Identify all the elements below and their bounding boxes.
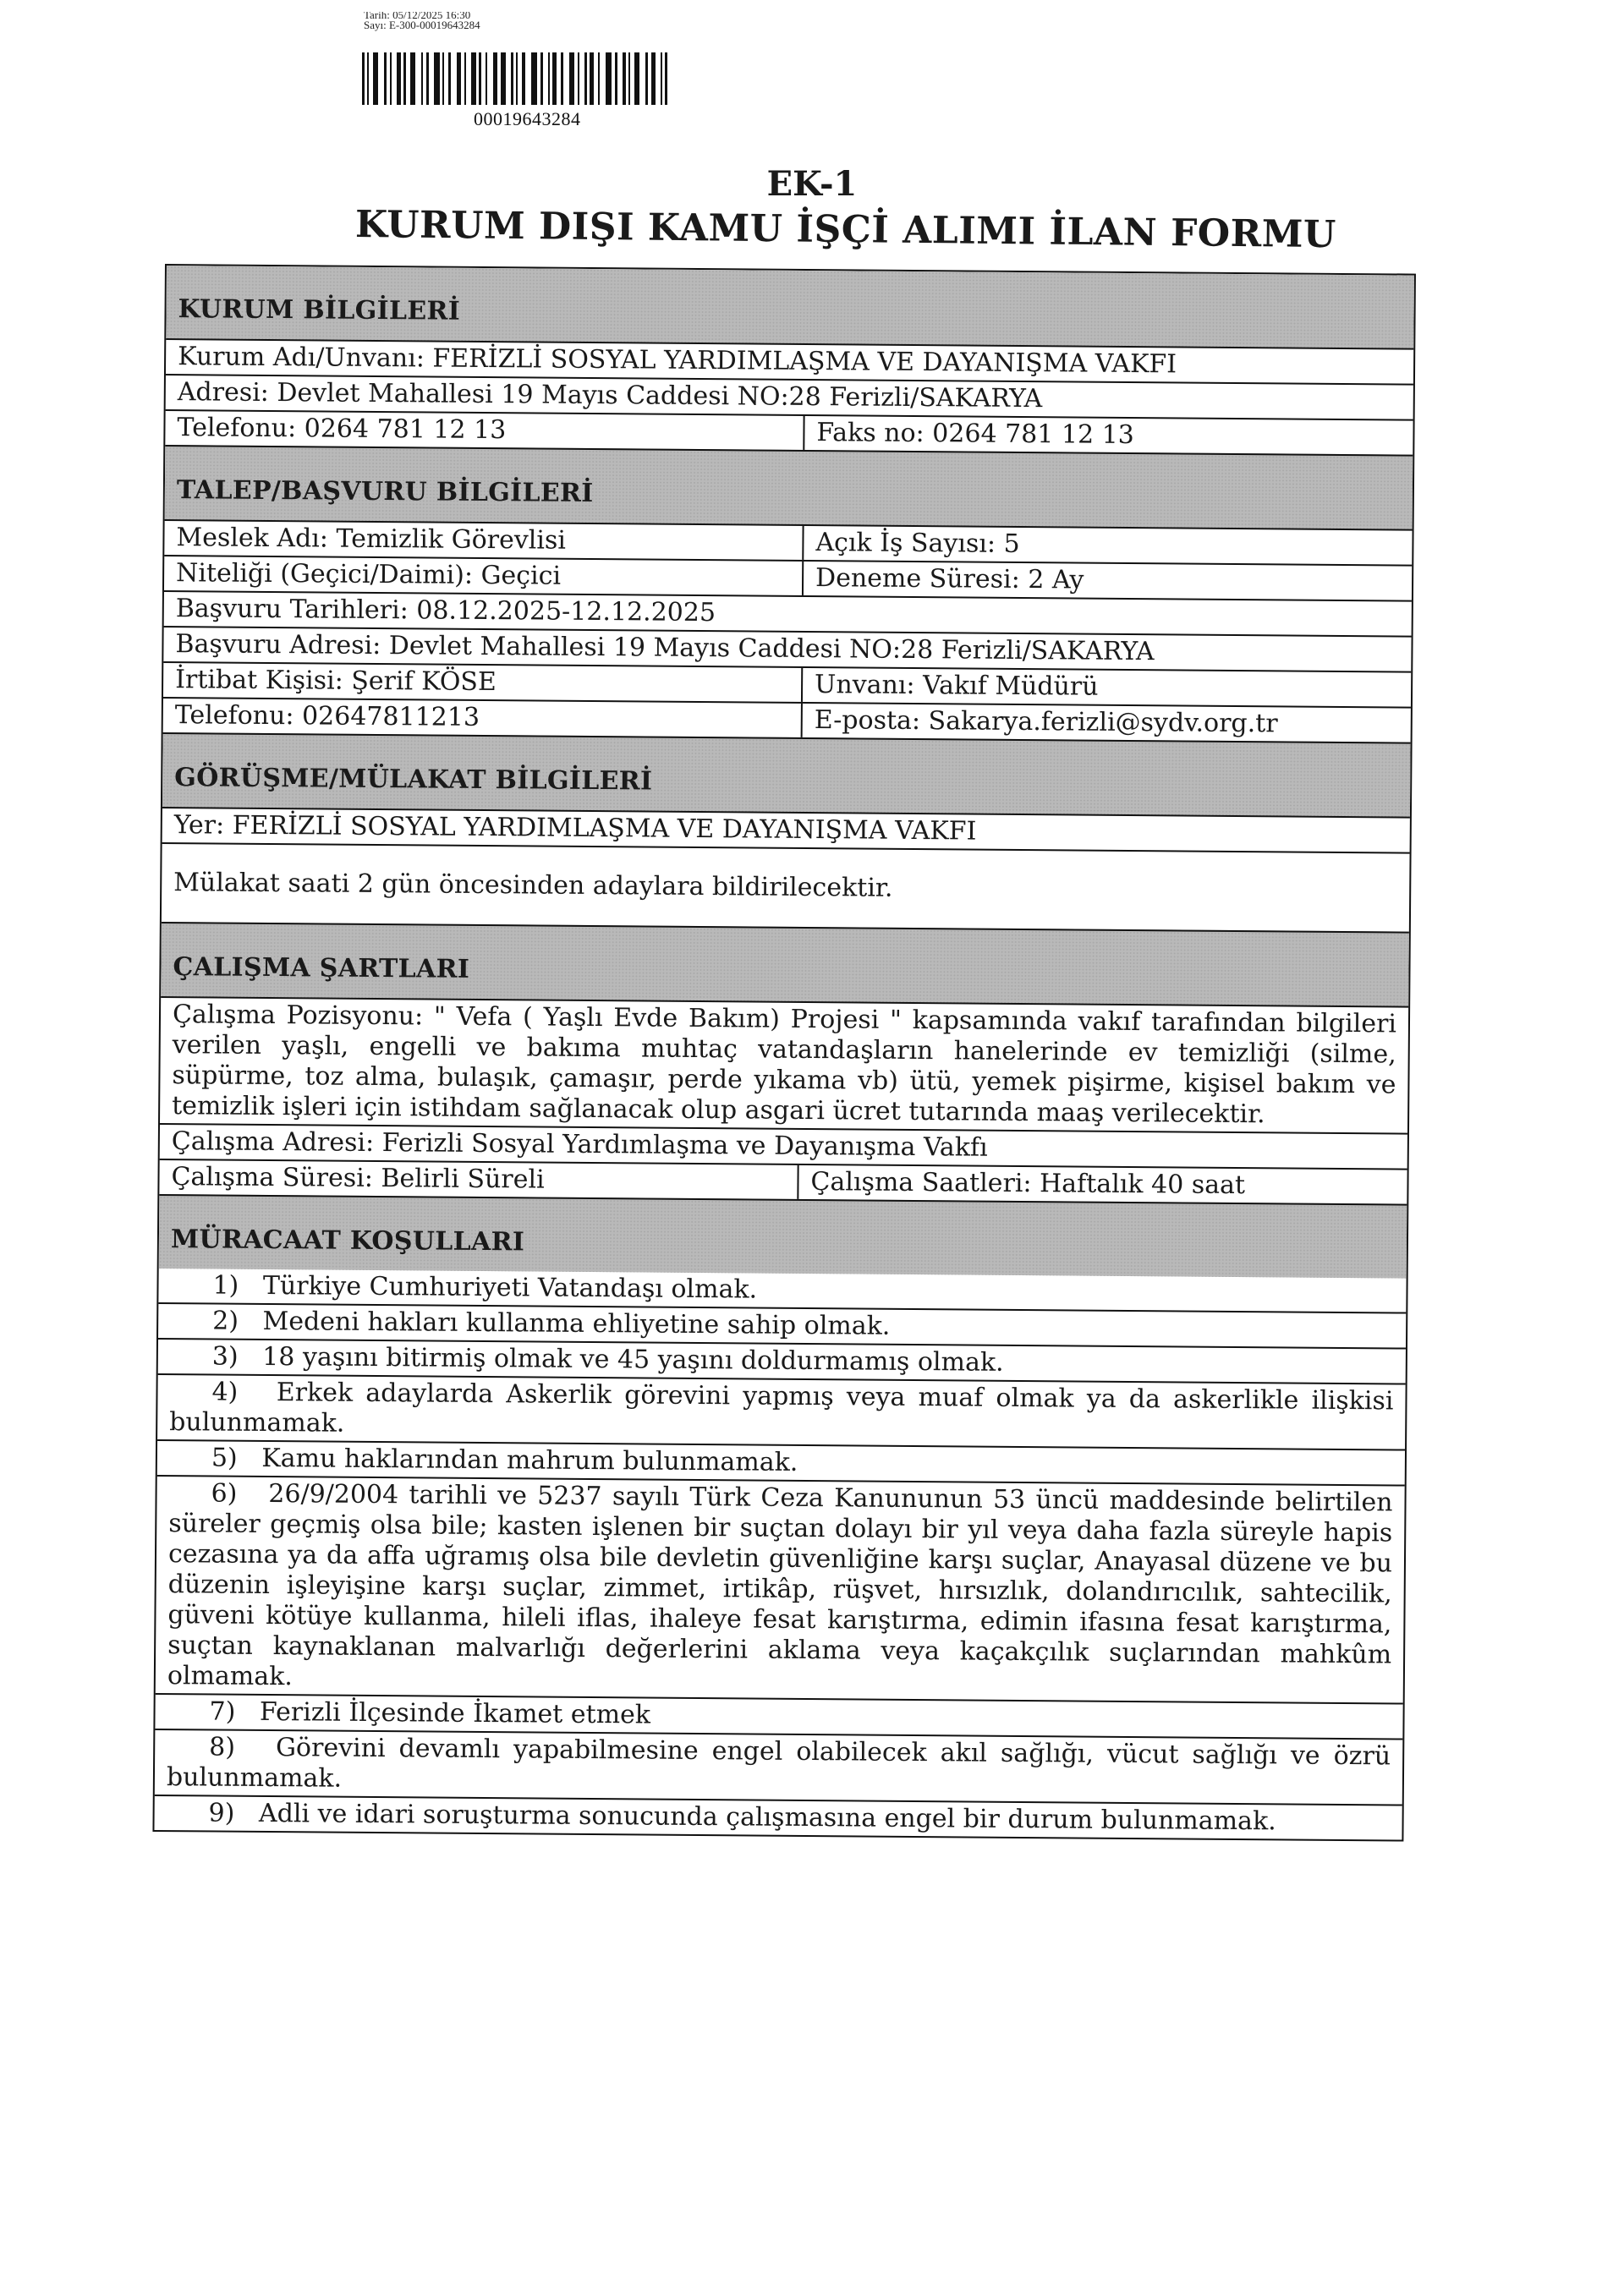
barcode-bar <box>623 52 626 105</box>
barcode-bar <box>501 52 506 105</box>
work-position: Çalışma Pozisyonu: " Vefa ( Yaşlı Evde B… <box>160 998 1408 1133</box>
barcode-bar <box>367 52 369 105</box>
form-row: Mülakat saati 2 gün öncesinden adaylara … <box>162 842 1410 932</box>
employment-type: Niteliği (Geçici/Daimi): Geçici <box>164 556 804 595</box>
work-duration: Çalışma Süresi: Belirli Süreli <box>159 1160 798 1199</box>
barcode-bar <box>362 52 365 105</box>
profession: Meslek Adı: Temizlik Görevlisi <box>164 521 804 560</box>
section-talep: TALEP/BAŞVURU BİLGİLERİ <box>165 445 1413 529</box>
barcode-bar <box>442 52 444 105</box>
barcode-bar <box>584 52 587 105</box>
section-muracaat: MÜRACAAT KOŞULLARI <box>159 1194 1407 1279</box>
conditions-list: 1) Türkiye Cumhuriyeti Vatandaşı olmak.2… <box>154 1269 1406 1840</box>
barcode-bar <box>397 52 401 105</box>
barcode <box>362 52 699 105</box>
document-stamp: Tarih: 05/12/2025 16:30 Sayı: E-300-0001… <box>364 12 480 32</box>
barcode-bar <box>578 52 579 105</box>
barcode-bar <box>561 52 563 105</box>
barcode-bar <box>384 52 387 105</box>
announcement-form: KURUM BİLGİLERİ Kurum Adı/Unvanı: FERİZL… <box>152 264 1416 1842</box>
barcode-bar <box>552 52 557 105</box>
barcode-bar <box>548 52 550 105</box>
barcode-bar <box>590 52 594 105</box>
condition-text: 4) Erkek adaylarda Askerlik görevini yap… <box>157 1375 1406 1449</box>
barcode-bar <box>457 52 461 105</box>
barcode-bar <box>615 52 617 105</box>
open-positions: Açık İş Sayısı: 5 <box>804 526 1412 565</box>
condition-item: 6) 26/9/2004 tarihli ve 5237 sayılı Türk… <box>156 1475 1405 1703</box>
barcode-bar <box>598 52 600 105</box>
barcode-bar <box>464 52 466 105</box>
date-line: Tarih: 05/12/2025 16:30 <box>364 12 480 19</box>
barcode-bar <box>522 52 525 105</box>
barcode-bar <box>531 52 537 105</box>
contact-person: İrtibat Kişisi: Şerif KÖSE <box>163 663 803 702</box>
barcode-bar <box>421 52 423 105</box>
section-kurum: KURUM BİLGİLERİ <box>166 266 1414 348</box>
barcode-bar <box>390 52 392 105</box>
barcode-bar <box>651 52 656 105</box>
barcode-bar <box>471 52 476 105</box>
probation-period: Deneme Süresi: 2 Ay <box>804 562 1412 600</box>
barcode-bar <box>665 52 667 105</box>
barcode-bar <box>410 52 415 105</box>
barcode-bar <box>434 52 440 105</box>
barcode-bar <box>479 52 481 105</box>
section-title: GÖRÜŞME/MÜLAKAT BİLGİLERİ <box>162 746 1410 805</box>
section-title: ÇALIŞMA ŞARTLARI <box>161 935 1408 995</box>
section-calisma: ÇALIŞMA ŞARTLARI <box>161 922 1409 1006</box>
work-hours: Çalışma Saatleri: Haftalık 40 saat <box>798 1165 1407 1204</box>
section-title: MÜRACAAT KOŞULLARI <box>159 1208 1407 1267</box>
institution-fax: Faks no: 0264 781 12 13 <box>804 416 1413 455</box>
condition-item: 8) Görevini devamlı yapabilmesine engel … <box>155 1729 1403 1805</box>
interview-note: Mülakat saati 2 gün öncesinden adaylara … <box>162 866 1409 910</box>
barcode-bar <box>373 52 378 105</box>
barcode-bar <box>516 52 518 105</box>
barcode-bar <box>511 52 513 105</box>
document-number: Sayı: E-300-00019643284 <box>364 19 480 31</box>
barcode-bar <box>661 52 662 105</box>
condition-item: 4) Erkek adaylarda Askerlik görevini yap… <box>157 1373 1406 1449</box>
barcode-number: 00019643284 <box>474 108 581 130</box>
contact-email: E-posta: Sakarya.ferizli@sydv.org.tr <box>803 704 1411 743</box>
barcode-bar <box>448 52 451 105</box>
barcode-bar <box>486 52 487 105</box>
barcode-bar <box>634 52 639 105</box>
barcode-bar <box>606 52 612 105</box>
contact-title: Unvanı: Vakıf Müdürü <box>803 668 1411 707</box>
condition-text: 6) 26/9/2004 tarihli ve 5237 sayılı Türk… <box>156 1477 1405 1703</box>
barcode-bar <box>426 52 429 105</box>
annex-label: EK-1 <box>0 164 1624 204</box>
barcode-bar <box>540 52 543 105</box>
condition-text: 8) Görevini devamlı yapabilmesine engel … <box>155 1730 1403 1805</box>
institution-phone: Telefonu: 0264 781 12 13 <box>165 411 804 450</box>
barcode-bar <box>569 52 574 105</box>
form-row: Çalışma Pozisyonu: " Vefa ( Yaşlı Evde B… <box>160 996 1408 1133</box>
barcode-bar <box>493 52 497 105</box>
section-title: TALEP/BAŞVURU BİLGİLERİ <box>165 458 1413 518</box>
section-gorusme: GÖRÜŞME/MÜLAKAT BİLGİLERİ <box>162 732 1411 817</box>
barcode-bar <box>628 52 630 105</box>
section-title: KURUM BİLGİLERİ <box>166 277 1413 337</box>
contact-phone: Telefonu: 02647811213 <box>163 699 803 737</box>
page-title: KURUM DIŞI KAMU İŞÇİ ALIMI İLAN FORMU <box>355 203 1336 256</box>
barcode-bar <box>645 52 648 105</box>
barcode-bar <box>403 52 406 105</box>
